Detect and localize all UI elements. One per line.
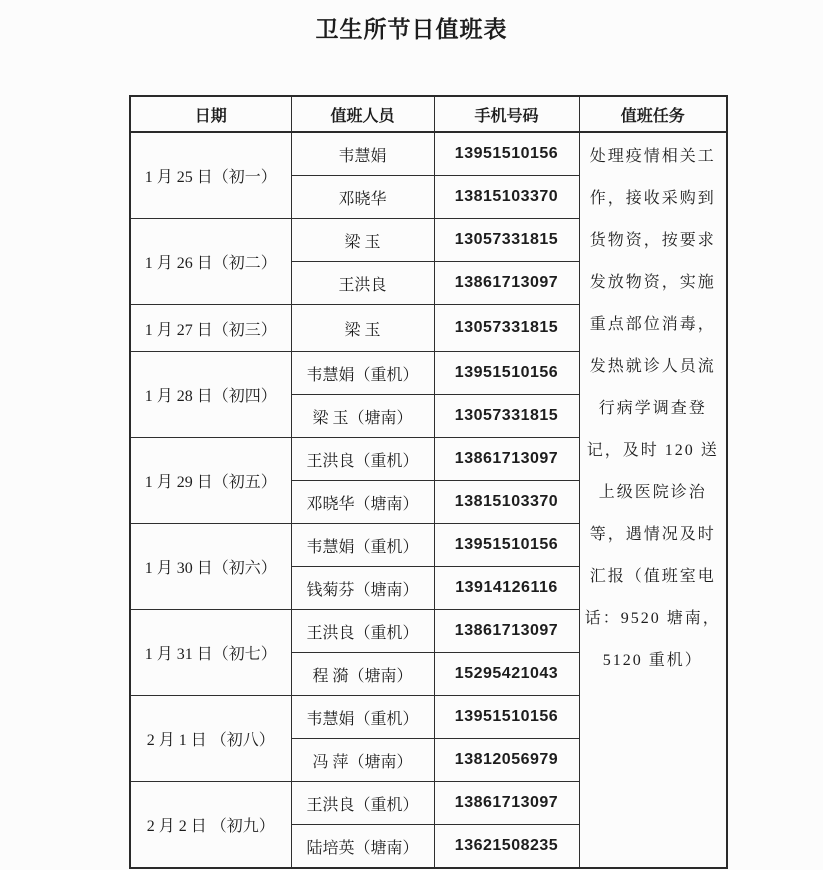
- phone-number-cell: 13057331815: [434, 395, 579, 438]
- header-phone: 手机号码: [434, 96, 579, 132]
- phone-number-cell: 13914126116: [434, 567, 579, 610]
- phone-number-cell: 13861713097: [434, 610, 579, 653]
- task-line: 汇报（值班室电: [585, 556, 722, 598]
- phone-number-cell: 13951510156: [434, 696, 579, 739]
- task-line: 发热就诊人员流: [585, 346, 722, 388]
- date-cell: 1 月 28 日（初四）: [130, 352, 291, 438]
- duty-schedule-table: 日期 值班人员 手机号码 值班任务 1 月 25 日（初一） 韦慧娟 13951…: [129, 95, 728, 869]
- task-line: 重点部位消毒，: [585, 304, 722, 346]
- date-cell: 1 月 30 日（初六）: [130, 524, 291, 610]
- person-name-cell: 梁 玉: [291, 219, 434, 262]
- person-name-cell: 冯 萍（塘南）: [291, 739, 434, 782]
- person-name-cell: 程 漪（塘南）: [291, 653, 434, 696]
- person-name-cell: 梁 玉（塘南）: [291, 395, 434, 438]
- person-name-cell: 韦慧娟（重机）: [291, 696, 434, 739]
- person-name-cell: 邓晓华（塘南）: [291, 481, 434, 524]
- task-line: 处理疫情相关工: [585, 136, 722, 178]
- person-name-cell: 韦慧娟（重机）: [291, 524, 434, 567]
- person-name-cell: 王洪良（重机）: [291, 438, 434, 481]
- phone-number-cell: 13951510156: [434, 132, 579, 176]
- document-page: 卫生所节日值班表 日期 值班人员 手机号码 值班任务 1 月 25 日（初一） …: [0, 0, 823, 870]
- phone-number-cell: 13621508235: [434, 825, 579, 869]
- phone-number-cell: 13057331815: [434, 219, 579, 262]
- task-line: 货物资，按要求: [585, 220, 722, 262]
- person-name-cell: 邓晓华: [291, 176, 434, 219]
- header-task: 值班任务: [579, 96, 727, 132]
- phone-number-cell: 13861713097: [434, 438, 579, 481]
- task-line: 5120 重机）: [585, 640, 722, 682]
- person-name-cell: 王洪良: [291, 262, 434, 305]
- task-line: 话：9520 塘南，: [585, 598, 722, 640]
- task-cell: 处理疫情相关工 作，接收采购到 货物资，按要求 发放物资，实施 重点部位消毒， …: [579, 132, 727, 868]
- task-line: 行病学调查登: [585, 388, 722, 430]
- task-line: 作，接收采购到: [585, 178, 722, 220]
- header-row: 日期 值班人员 手机号码 值班任务: [130, 96, 727, 132]
- person-name-cell: 陆培英（塘南）: [291, 825, 434, 869]
- phone-number-cell: 13951510156: [434, 524, 579, 567]
- person-name-cell: 王洪良（重机）: [291, 610, 434, 653]
- person-name-cell: 王洪良（重机）: [291, 782, 434, 825]
- page-title: 卫生所节日值班表: [0, 11, 823, 44]
- phone-number-cell: 13057331815: [434, 305, 579, 352]
- date-cell: 1 月 27 日（初三）: [130, 305, 291, 352]
- phone-number-cell: 13812056979: [434, 739, 579, 782]
- header-date: 日期: [130, 96, 291, 132]
- task-line: 上级医院诊治: [585, 472, 722, 514]
- phone-number-cell: 13815103370: [434, 481, 579, 524]
- date-cell: 1 月 26 日（初二）: [130, 219, 291, 305]
- phone-number-cell: 13951510156: [434, 352, 579, 395]
- person-name-cell: 钱菊芬（塘南）: [291, 567, 434, 610]
- person-name-cell: 韦慧娟: [291, 132, 434, 176]
- task-line: 发放物资，实施: [585, 262, 722, 304]
- date-cell: 2 月 1 日 （初八）: [130, 696, 291, 782]
- duty-row: 1 月 25 日（初一） 韦慧娟 13951510156 处理疫情相关工 作，接…: [130, 132, 727, 176]
- date-cell: 1 月 31 日（初七）: [130, 610, 291, 696]
- header-person: 值班人员: [291, 96, 434, 132]
- person-name-cell: 韦慧娟（重机）: [291, 352, 434, 395]
- phone-number-cell: 13815103370: [434, 176, 579, 219]
- phone-number-cell: 13861713097: [434, 782, 579, 825]
- phone-number-cell: 15295421043: [434, 653, 579, 696]
- date-cell: 1 月 25 日（初一）: [130, 132, 291, 219]
- task-line: 等，遇情况及时: [585, 514, 722, 556]
- phone-number-cell: 13861713097: [434, 262, 579, 305]
- date-cell: 1 月 29 日（初五）: [130, 438, 291, 524]
- task-line: 记，及时 120 送: [585, 430, 722, 472]
- person-name-cell: 梁 玉: [291, 305, 434, 352]
- date-cell: 2 月 2 日 （初九）: [130, 782, 291, 869]
